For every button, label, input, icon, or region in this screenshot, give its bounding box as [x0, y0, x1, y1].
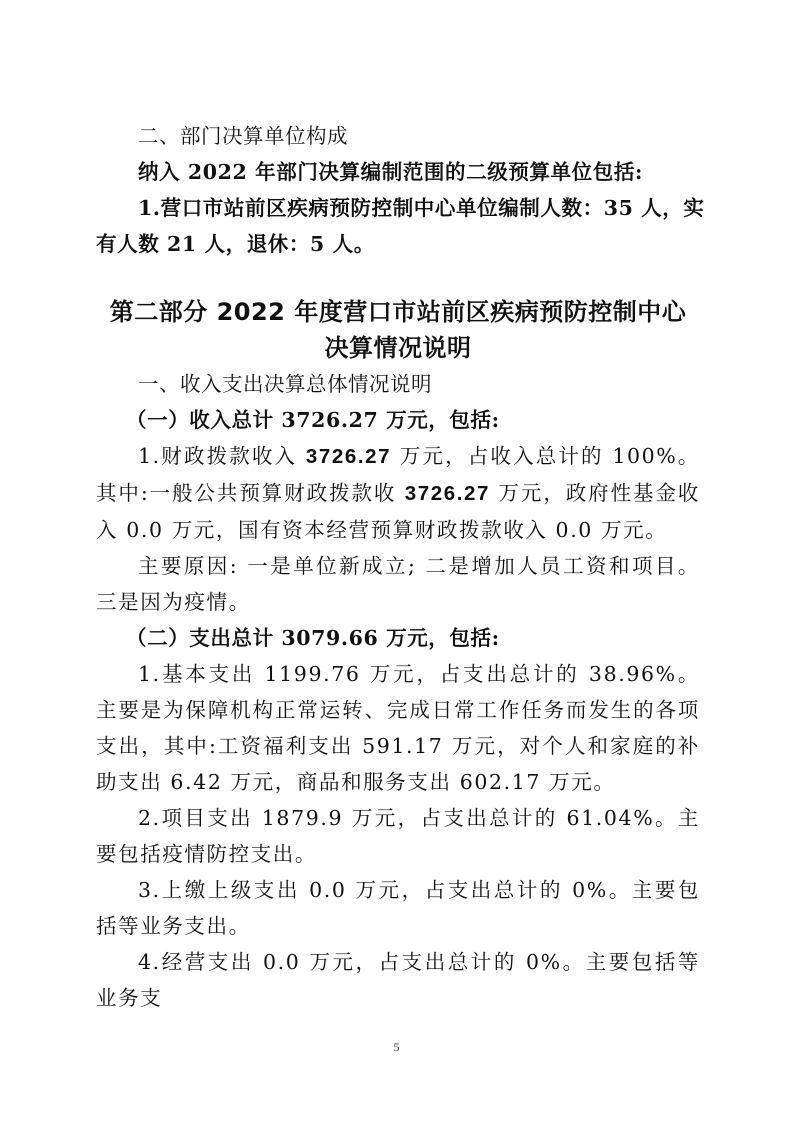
document-page: 二、部门决算单位构成 纳入 2022 年部门决算编制范围的二级预算单位包括: 1… [0, 0, 793, 1122]
expenditure-item-basic: 1.基本支出 1199.76 万元，占支出总计的 38.96%。主要是为保障机构… [96, 656, 700, 800]
expenditure-item-operating: 4.经营支出 0.0 万元，占支出总计的 0%。主要包括等业务支 [96, 944, 700, 1016]
expenditure-total-heading: （二）支出总计 3079.66 万元，包括: [96, 620, 700, 656]
part-two-title-line-1: 第二部分 2022 年度营口市站前区疾病预防控制中心 [96, 294, 700, 330]
income-total-heading: （一）收入总计 3726.27 万元，包括: [96, 402, 700, 438]
part-two-title-line-2: 决算情况说明 [96, 330, 700, 366]
unit-item-1-line-1: 1.营口市站前区疾病预防控制中心单位编制人数：35 人，实 [96, 190, 700, 226]
income-item-1: 1.财政拨款收入 3726.27 万元，占收入总计的 100%。其中:一般公共预… [96, 438, 700, 548]
expenditure-item-project: 2.项目支出 1879.9 万元，占支出总计的 61.04%。主要包括疫情防控支… [96, 800, 700, 872]
page-content: 二、部门决算单位构成 纳入 2022 年部门决算编制范围的二级预算单位包括: 1… [96, 118, 700, 1016]
expenditure-item-remit-upper: 3.上缴上级支出 0.0 万元，占支出总计的 0%。主要包括等业务支出。 [96, 872, 700, 944]
spacer [96, 262, 700, 294]
income-item-1-prefix: 1.财政拨款收入 [138, 444, 306, 468]
section-heading-overall: 一、收入支出决算总体情况说明 [96, 366, 700, 402]
unit-scope-intro: 纳入 2022 年部门决算编制范围的二级预算单位包括: [96, 154, 700, 190]
page-number: 5 [0, 1040, 793, 1055]
section-heading-unit-composition: 二、部门决算单位构成 [96, 118, 700, 154]
income-reason: 主要原因: 一是单位新成立; 二是增加人员工资和项目。三是因为疫情。 [96, 548, 700, 620]
unit-item-1-line-2: 有人数 21 人，退休：5 人。 [96, 226, 700, 262]
income-fiscal-amount: 3726.27 [306, 445, 391, 468]
income-general-budget-amount: 3726.27 [405, 482, 490, 505]
